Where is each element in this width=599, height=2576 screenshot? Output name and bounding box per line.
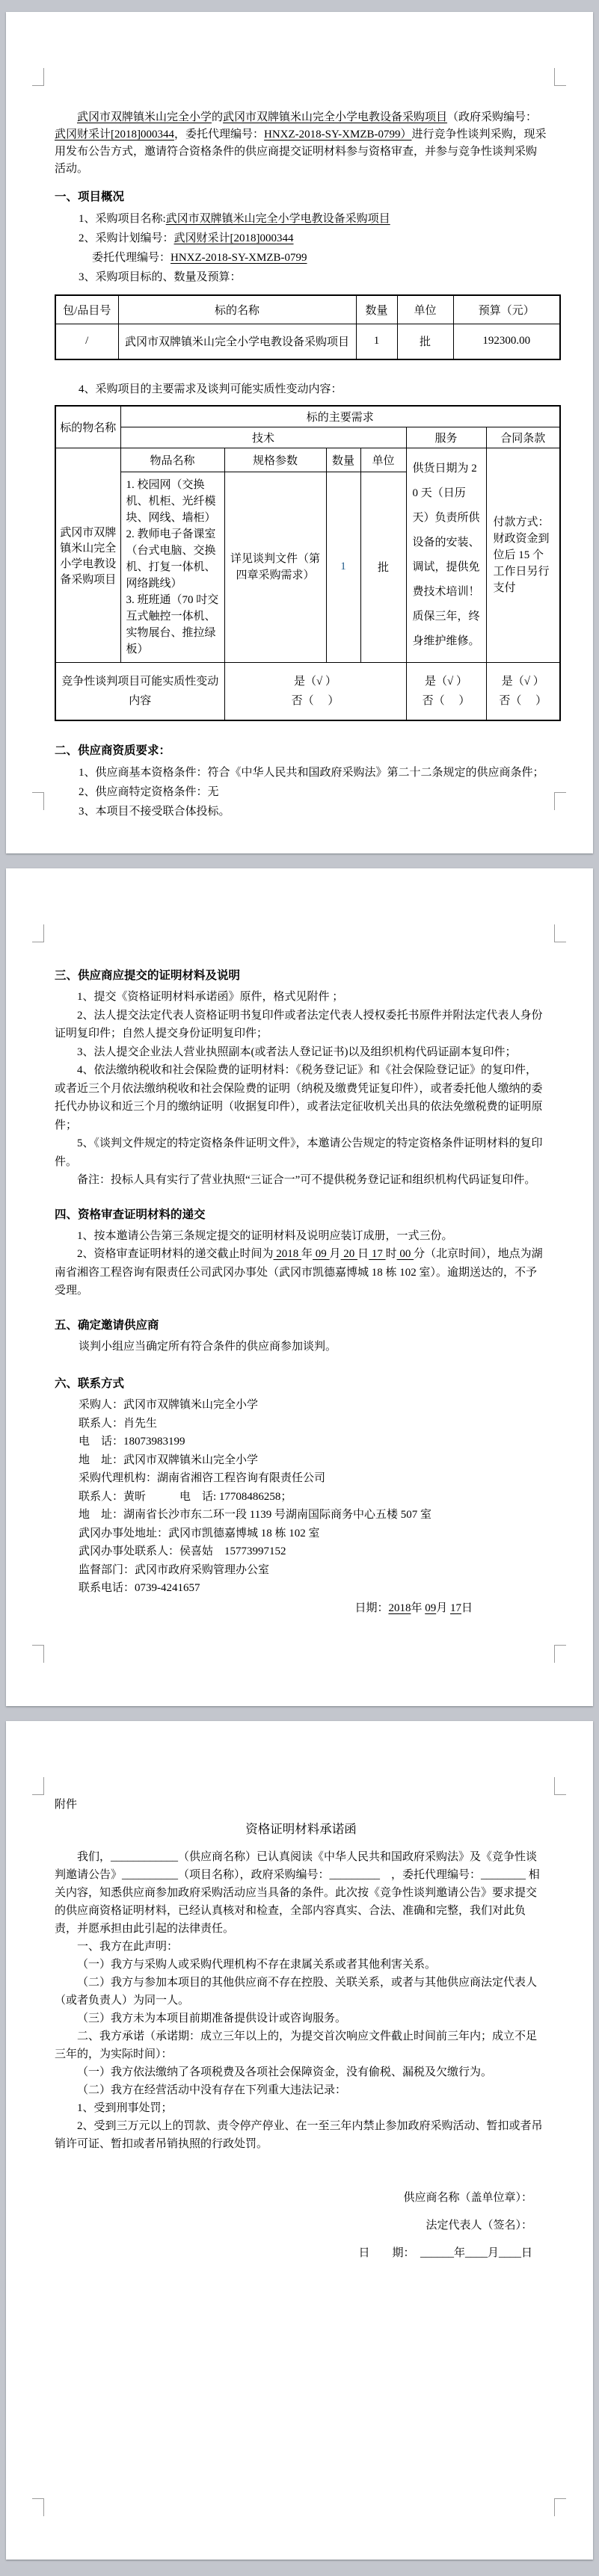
cell-yes-no-contract: 是（√ ） 否（ ） <box>486 662 560 720</box>
text-segment: 的 <box>212 111 223 123</box>
cell-yes-no-tech: 是（√ ） 否（ ） <box>224 662 406 720</box>
section1-item2: 2、采购计划编号：武冈财采计[2018]000344 <box>55 229 547 248</box>
deadline-minute: 00 <box>397 1248 414 1260</box>
section3-item: 3、法人提交企业法人营业执照副本(或者法人登记证书)以及组织机构代码证副本复印件… <box>55 1043 547 1062</box>
text-segment: 年 <box>301 1248 313 1260</box>
cell-goods-list: 1. 校园网（交换机、机柜、光纤模块、网线、墙柜） 2. 教师电子备课室（台式电… <box>120 472 224 662</box>
margin-mark-bottom-right <box>554 2498 566 2516</box>
page-1: 武冈市双牌镇米山完全小学的武冈市双牌镇米山完全小学电教设备采购项目（政府采购编号… <box>6 12 593 853</box>
section4-heading: 四、资格审查证明材料的递交 <box>55 1206 547 1224</box>
section1-item1: 1、采购项目名称:武冈市双牌镇米山完全小学电教设备采购项目 <box>55 209 547 229</box>
text-segment: 我们， <box>77 1851 111 1863</box>
promise-item: （一）我方依法缴纳了各项税费及各项社会保障资金，没有偷税、漏税及欠缴行为。 <box>55 2063 547 2081</box>
declaration-heading: 一、我方在此声明： <box>55 1938 547 1956</box>
section2-item: 3、本项目不接受联合体投标。 <box>55 802 547 821</box>
header-goods-name: 物品名称 <box>120 448 224 472</box>
margin-mark-bottom-left <box>32 1645 44 1663</box>
table-row: / 武冈市双牌镇米山完全小学电教设备采购项目 1 批 192300.00 <box>55 324 560 359</box>
promise-item: 1、受到刑事处罚； <box>55 2099 547 2117</box>
deadline-year: 2018 <box>274 1248 302 1260</box>
table-header-row: 技术 服务 合同条款 <box>55 427 560 448</box>
section4-item2: 2、资格审查证明材料的递交截止时间为 2018 年 09 月 20 日 17 时… <box>55 1245 547 1300</box>
office-contact: 武冈办事处联系人：侯喜姑 15773997152 <box>55 1542 547 1561</box>
cell-unit: 批 <box>360 472 406 662</box>
declaration-item: （三）我方未为本项目前期准备提供设计或咨询服务。 <box>55 2010 547 2027</box>
header-subject: 标的物名称 <box>55 406 120 448</box>
section6-heading: 六、联系方式 <box>55 1375 547 1393</box>
margin-mark-top-left <box>32 1777 44 1795</box>
procurement-number: 武冈财采计[2018]000344 <box>55 129 174 140</box>
margin-mark-bottom-right <box>554 792 566 810</box>
item-label: 1、采购项目名称: <box>79 213 166 225</box>
procurement-no-blank: _________ <box>330 1869 381 1881</box>
header-tech: 技术 <box>120 427 406 448</box>
table-header-row: 标的物名称 标的主要需求 <box>55 406 560 427</box>
budget-table: 包/品目号 标的名称 数量 单位 预算（元） / 武冈市双牌镇米山完全小学电教设… <box>55 294 561 360</box>
project-name: 武冈市双牌镇米山完全小学电教设备采购项目 <box>223 111 447 123</box>
item-label: 2、采购计划编号： <box>79 232 174 244</box>
office-address: 武冈办事处地址：武冈市凯德嘉博城 18 栋 102 室 <box>55 1525 547 1543</box>
requirements-table: 标的物名称 标的主要需求 技术 服务 合同条款 武冈市双牌镇米山完全小学电教设备… <box>55 405 561 721</box>
agency-number: HNXZ-2018-SY-XMZB-0799） <box>264 129 412 140</box>
date-year: 2018 <box>388 1602 411 1614</box>
agency-name: 采购代理机构：湖南省湘咨工程咨询有限责任公司 <box>55 1469 547 1488</box>
margin-mark-bottom-right <box>554 1645 566 1663</box>
cell-service: 供货日期为 20 天（日历天）负责所供设备的安装、调试，提供免费技术培训！质保三… <box>406 448 486 662</box>
contact-person: 联系人：肖先生 <box>55 1415 547 1433</box>
supplier-name-blank: ____________ <box>111 1851 178 1863</box>
deadline-month: 09 <box>313 1248 330 1260</box>
section3-heading: 三、供应商应提交的证明材料及说明 <box>55 967 547 985</box>
cell-yes-no-service: 是（√ ） 否（ ） <box>406 662 486 720</box>
announcement-date: 日期：2018年 09月 17日 <box>55 1599 547 1617</box>
table-header-row: 包/品目号 标的名称 数量 单位 预算（元） <box>55 295 560 324</box>
supervision-department: 监督部门：武冈市政府采购管理办公室 <box>55 1561 547 1580</box>
text-segment: 日 <box>357 1248 369 1260</box>
supervision-phone: 联系电话：0739-4241657 <box>55 1579 547 1598</box>
section1-item2b: 委托代理编号：HNXZ-2018-SY-XMZB-0799 <box>55 248 547 268</box>
header-spec: 规格参数 <box>224 448 326 472</box>
page-gap <box>0 1706 599 1721</box>
header-budget: 预算（元） <box>453 295 560 324</box>
contact-purchaser: 采购人：武冈市双牌镇米山完全小学 <box>55 1396 547 1415</box>
table-variation-row: 竞争性谈判项目可能实质性变动内容 是（√ ） 否（ ） 是（√ ） 否（ ） 是… <box>55 662 560 720</box>
header-main-demand: 标的主要需求 <box>120 406 560 427</box>
text-segment: 时 <box>386 1248 397 1260</box>
project-name-blank: __________ <box>122 1869 178 1881</box>
header-contract: 合同条款 <box>486 427 560 448</box>
text-segment: 年 <box>411 1602 425 1614</box>
margin-mark-top-right <box>554 1777 566 1795</box>
date-day: 17 <box>450 1602 461 1614</box>
text-segment: （政府采购编号： <box>447 111 537 123</box>
cell-variation-label: 竞争性谈判项目可能实质性变动内容 <box>55 662 224 720</box>
attachment-title: 资格证明材料承诺函 <box>55 1820 547 1839</box>
cell-subject-name: 武冈市双牌镇米山完全小学电教设备采购项目 <box>118 324 356 359</box>
text-segment: ，委托代理编号： <box>174 129 264 140</box>
section4-item1: 1、按本邀请公告第三条规定提交的证明材料及说明应装订成册，一式三份。 <box>55 1227 547 1246</box>
signature-block: 供应商名称（盖单位章）： 法定代表人（签名）： 日 期： ______年____… <box>55 2184 547 2267</box>
promise-item: （二）我方在经营活动中没有存在下列重大违法记录： <box>55 2081 547 2099</box>
agency-address: 地 址：湖南省长沙市东二环一段 1139 号湖南国际商务中心五楼 507 室 <box>55 1506 547 1525</box>
margin-mark-top-right <box>554 924 566 942</box>
cell-contract: 付款方式：财政资金到位后 15 个工作日另行支付 <box>486 448 560 662</box>
header-unit: 单位 <box>397 295 453 324</box>
project-name: 武冈市双牌镇米山完全小学电教设备采购项目 <box>166 213 390 225</box>
section2-heading: 二、供应商资质要求： <box>55 742 547 760</box>
page-gap <box>0 853 599 868</box>
header-service: 服务 <box>406 427 486 448</box>
cell-budget: 192300.00 <box>453 324 560 359</box>
contact-phone: 电 话：18073983199 <box>55 1433 547 1451</box>
cell-package-no: / <box>55 324 118 359</box>
section3-item: 1、提交《资格证明材料承诺函》原件，格式见附件 ； <box>55 988 547 1007</box>
commitment-paragraph: 我们，____________（供应商名称）已认真阅读《中华人民共和国政府采购法… <box>55 1848 547 1938</box>
section5-body: 谈判小组应当确定所有符合条件的供应商参加谈判。 <box>55 1338 547 1356</box>
header-quantity: 数量 <box>356 295 397 324</box>
section3-note: 备注：投标人具有实行了营业执照“三证合一”可不提供税务登记证和组织机构代码证复印… <box>55 1171 547 1190</box>
table-subheader-row: 武冈市双牌镇米山完全小学电教设备采购项目 物品名称 规格参数 数量 单位 供货日… <box>55 448 560 472</box>
section1-heading: 一、项目概况 <box>55 188 547 206</box>
deadline-day: 20 <box>341 1248 358 1260</box>
section1-item3: 3、采购项目标的、数量及预算： <box>55 268 547 287</box>
cell-unit: 批 <box>397 324 453 359</box>
section1-item4: 4、采购项目的主要需求及谈判可能实质性变动内容： <box>55 380 547 399</box>
date-label: 日期： <box>354 1602 388 1614</box>
item-label: 委托代理编号： <box>92 252 171 264</box>
purchaser-name: 武冈市双牌镇米山完全小学 <box>77 111 212 123</box>
header-subject-name: 标的名称 <box>118 295 356 324</box>
section2-item: 2、供应商特定资格条件：无 <box>55 782 547 802</box>
agency-no-blank: ________ <box>481 1869 526 1881</box>
contact-address: 地 址：武冈市双牌镇米山完全小学 <box>55 1451 547 1470</box>
text-segment: 日 <box>461 1602 473 1614</box>
cell-spec: 详见谈判文件（第四章采购需求） <box>224 472 326 662</box>
promise-heading: 二、我方承诺（承诺期：成立三年以上的，为提交首次响应文件截止时间前三年内；成立不… <box>55 2027 547 2063</box>
declaration-item: （一）我方与采购人或采购代理机构不存在隶属关系或者其他利害关系。 <box>55 1956 547 1974</box>
header-unit: 单位 <box>360 448 406 472</box>
attachment-label: 附件 <box>55 1796 547 1814</box>
background-strip-top <box>0 0 599 12</box>
header-package-no: 包/品目号 <box>55 295 118 324</box>
margin-mark-top-left <box>32 68 44 86</box>
text-segment: （项目名称），政府采购编号： <box>178 1869 330 1881</box>
signature-legal-rep: 法定代表人（签名）： <box>55 2212 532 2240</box>
header-qty: 数量 <box>326 448 360 472</box>
cell-qty: 1 <box>326 472 360 662</box>
section5-heading: 五、确定邀请供应商 <box>55 1317 547 1335</box>
agency-contact: 联系人：黄昕 电 话: 17708486258； <box>55 1488 547 1507</box>
signature-supplier: 供应商名称（盖单位章）： <box>55 2184 532 2212</box>
margin-mark-top-left <box>32 924 44 942</box>
intro-paragraph: 武冈市双牌镇米山完全小学的武冈市双牌镇米山完全小学电教设备采购项目（政府采购编号… <box>55 109 547 178</box>
text-segment: 月 <box>330 1248 341 1260</box>
text-segment: 2、资格审查证明材料的递交截止时间为 <box>77 1248 274 1260</box>
plan-number: 武冈财采计[2018]000344 <box>174 232 294 244</box>
cell-subject: 武冈市双牌镇米山完全小学电教设备采购项目 <box>55 448 120 662</box>
margin-mark-top-right <box>554 68 566 86</box>
signature-date: 日 期： ______年____月____日 <box>55 2240 532 2267</box>
margin-mark-bottom-left <box>32 2498 44 2516</box>
promise-item: 2、受到三万元以上的罚款、责令停产停业、在一至三年内禁止参加政府采购活动、暂扣或… <box>55 2117 547 2153</box>
declaration-item: （二）我方与参加本项目的其他供应商不存在控股、关联关系，或者与其他供应商法定代表… <box>55 1974 547 2010</box>
section3-item: 4、依法缴纳税收和社会保险费的证明材料：《税务登记证》和《社会保险登记证》的复印… <box>55 1061 547 1134</box>
section3-item: 2、法人提交法定代表人资格证明书复印件或者法定代表人授权委托书原件并附法定代表人… <box>55 1007 547 1043</box>
text-segment: ，委托代理编号： <box>380 1869 481 1881</box>
cell-quantity: 1 <box>356 324 397 359</box>
date-month: 09 <box>425 1602 436 1614</box>
deadline-hour: 17 <box>369 1248 386 1260</box>
section3-item: 5、《谈判文件规定的特定资格条件证明文件》，本邀请公告规定的特定资格条件证明材料… <box>55 1134 547 1171</box>
page-2: 三、供应商应提交的证明材料及说明 1、提交《资格证明材料承诺函》原件，格式见附件… <box>6 868 593 1706</box>
text-segment: 月 <box>436 1602 450 1614</box>
margin-mark-bottom-left <box>32 792 44 810</box>
background-strip-bottom <box>0 2560 599 2575</box>
section2-item: 1、供应商基本资格条件：符合《中华人民共和国政府采购法》第二十二条规定的供应商条… <box>55 763 547 782</box>
agency-number: HNXZ-2018-SY-XMZB-0799 <box>171 252 307 264</box>
page-3: 附件 资格证明材料承诺函 我们，____________（供应商名称）已认真阅读… <box>6 1721 593 2560</box>
